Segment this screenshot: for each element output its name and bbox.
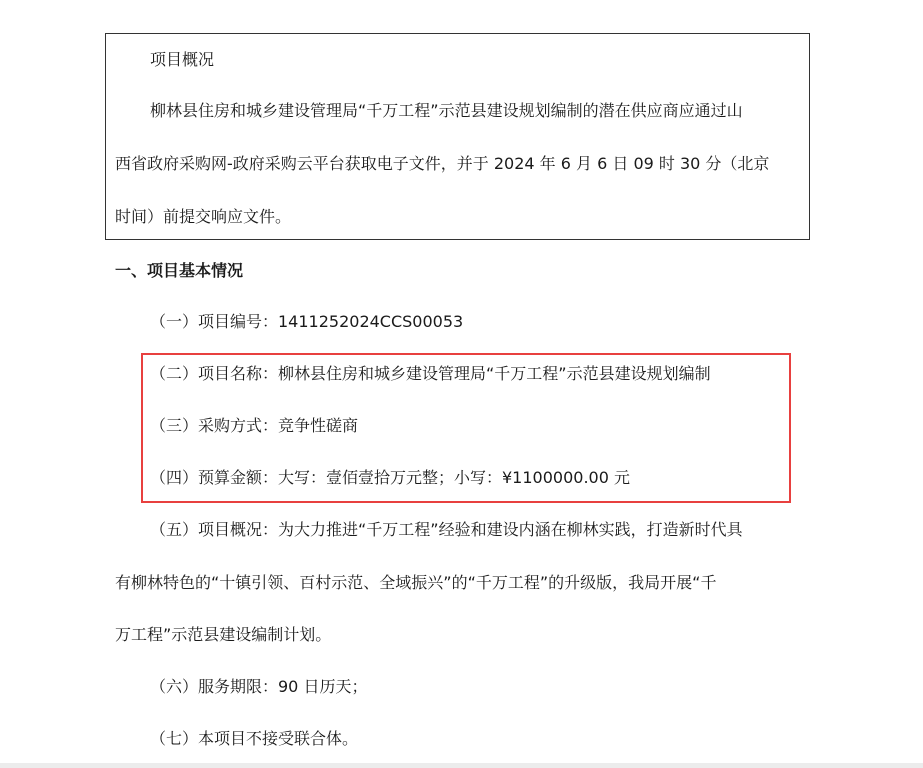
summary-title: 项目概况 [150,49,214,71]
procurement-method: （三）采购方式：竞争性磋商 [150,415,358,437]
budget-amount: （四）预算金额：大写：壹佰壹拾万元整；小写：¥1100000.00 元 [150,467,630,489]
bottom-edge [0,763,923,768]
project-number: （一）项目编号：1411252024CCS00053 [150,311,463,333]
summary-line-2: 西省政府采购网-政府采购云平台获取电子文件，并于 2024 年 6 月 6 日 … [115,153,769,175]
summary-line-1: 柳林县住房和城乡建设管理局“千万工程”示范县建设规划编制的潜在供应商应通过山 [150,100,743,122]
section-heading: 一、项目基本情况 [115,260,243,282]
overview-line-2: 有柳林特色的“十镇引领、百村示范、全域振兴”的“千万工程”的升级版，我局开展“千 [115,572,716,594]
overview-line-3: 万工程”示范县建设编制计划。 [115,624,331,646]
summary-line-3: 时间）前提交响应文件。 [115,206,291,228]
service-period: （六）服务期限：90 日历天； [150,676,367,698]
project-name: （二）项目名称：柳林县住房和城乡建设管理局“千万工程”示范县建设规划编制 [150,363,711,385]
consortium-note: （七）本项目不接受联合体。 [150,728,358,750]
overview-line-1: （五）项目概况：为大力推进“千万工程”经验和建设内涵在柳林实践，打造新时代具 [150,519,743,541]
